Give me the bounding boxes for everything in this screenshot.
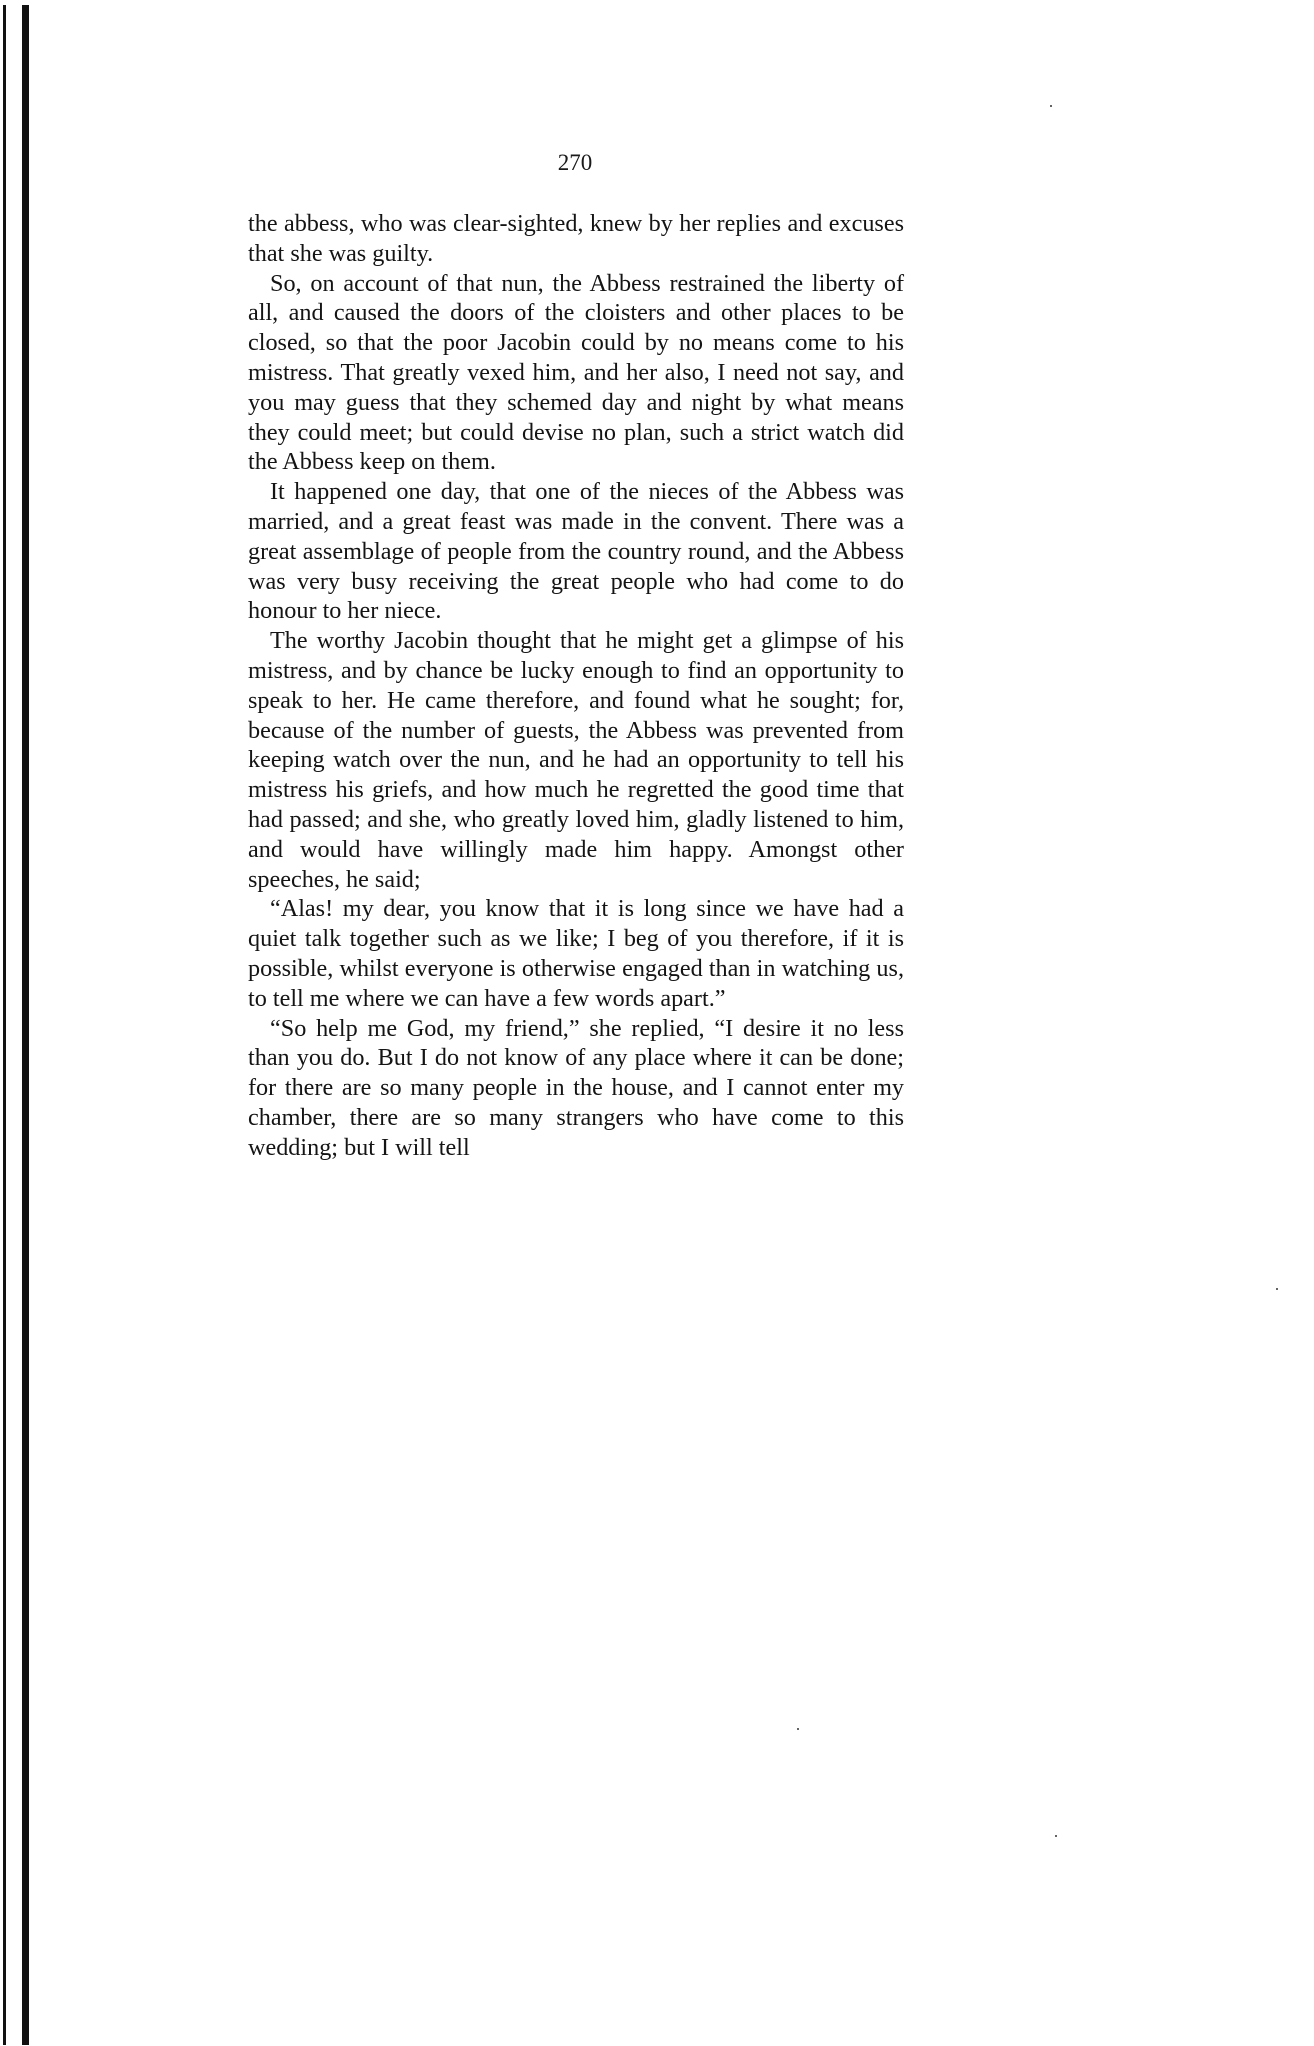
scan-binding-edge-bar (22, 5, 29, 2045)
paragraph: So, on account of that nun, the Abbess r… (248, 269, 904, 478)
page-body: the abbess, who was clear-sighted, knew … (248, 209, 904, 1163)
paragraph-quote: “So help me God, my friend,” she replied… (248, 1014, 904, 1163)
paragraph: It happened one day, that one of the nie… (248, 477, 904, 626)
scan-speck (1050, 105, 1052, 107)
scan-speck (1055, 1835, 1057, 1837)
paragraph-quote: “Alas! my dear, you know that it is long… (248, 894, 904, 1013)
paragraph-continuation: the abbess, who was clear-sighted, knew … (248, 209, 904, 269)
scan-binding-edge-line (3, 5, 6, 2045)
scan-speck (1276, 1288, 1278, 1290)
paragraph: The worthy Jacobin thought that he might… (248, 626, 904, 894)
page-number: 270 (540, 150, 610, 176)
scan-speck (797, 1728, 799, 1730)
